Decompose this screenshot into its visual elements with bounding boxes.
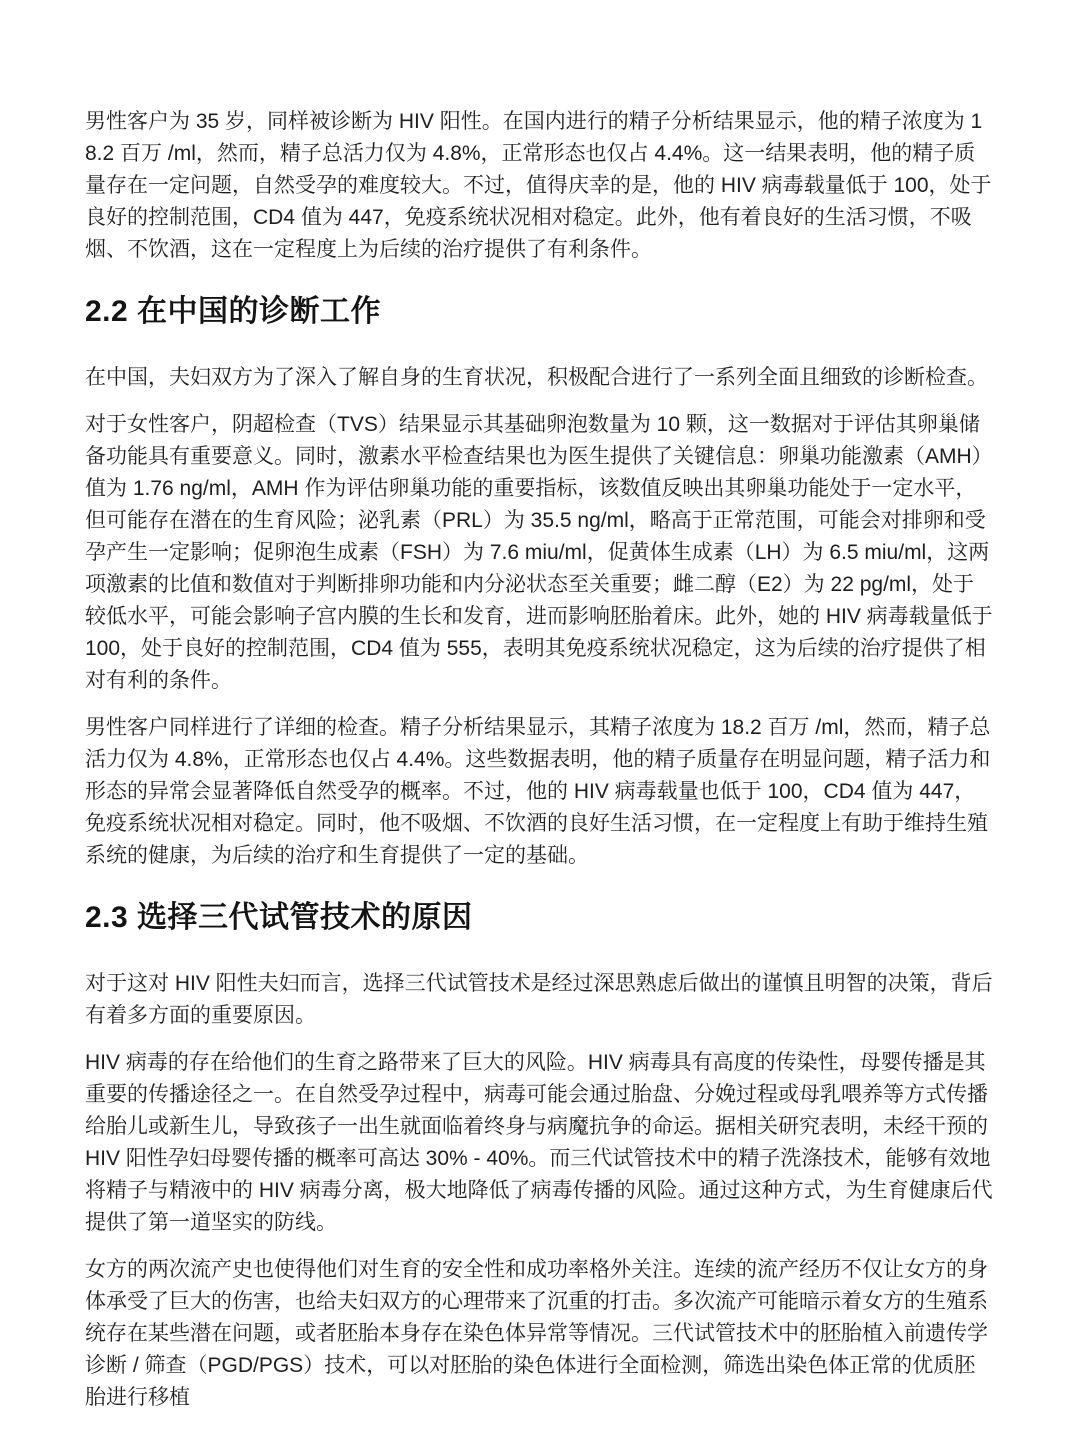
paragraph-male-exam-results: 男性客户同样进行了详细的检查。精子分析结果显示，其精子浓度为 18.2 百万 /… <box>85 712 995 872</box>
paragraph-female-exam-results: 对于女性客户，阴超检查（TVS）结果显示其基础卵泡数量为 10 颗，这一数据对于… <box>85 409 995 697</box>
section-heading-2-2-diagnosis-in-china: 2.2 在中国的诊断工作 <box>85 292 995 332</box>
section-heading-2-3-ivf-reason: 2.3 选择三代试管技术的原因 <box>85 898 995 938</box>
paragraph-miscarriage-history: 女方的两次流产史也使得他们对生育的安全性和成功率格外关注。连续的流产经历不仅让女… <box>85 1254 995 1414</box>
paragraph-decision-intro: 对于这对 HIV 阳性夫妇而言，选择三代试管技术是经过深思熟虑后做出的谨慎且明智… <box>85 968 995 1032</box>
paragraph-male-client-intro: 男性客户为 35 岁，同样被诊断为 HIV 阳性。在国内进行的精子分析结果显示，… <box>85 106 995 266</box>
document-page: 男性客户为 35 岁，同样被诊断为 HIV 阳性。在国内进行的精子分析结果显示，… <box>0 0 1080 1439</box>
paragraph-hiv-transmission-risk: HIV 病毒的存在给他们的生育之路带来了巨大的风险。HIV 病毒具有高度的传染性… <box>85 1047 995 1239</box>
paragraph-diagnosis-overview: 在中国，夫妇双方为了深入了解自身的生育状况，积极配合进行了一系列全面且细致的诊断… <box>85 362 995 394</box>
